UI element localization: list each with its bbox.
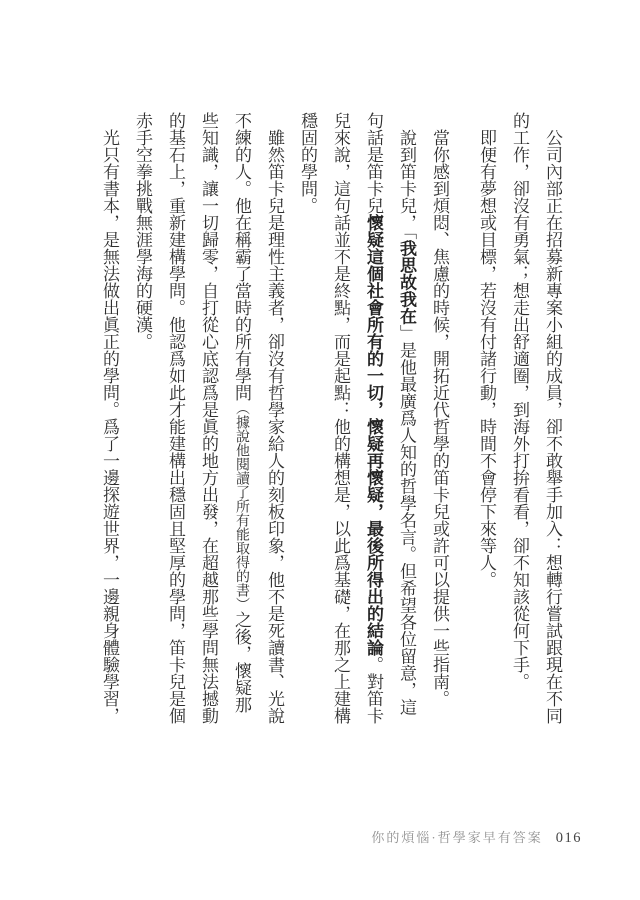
paragraph: 雖然笛卡兒是理性主義者，卻沒有哲學家給人的刻板印象，他不是死讀書、光說不練的人。…	[126, 112, 291, 724]
footer-running-title: 你的煩惱·哲學家早有答案	[371, 827, 542, 846]
body-text: 光只有書本，是無法做出眞正的學問。爲了一邊探遊世界，一邊親身體驗學習，	[100, 129, 119, 724]
page-footer: 你的煩惱·哲學家早有答案 016	[371, 827, 582, 847]
body-text: 當你感到煩悶、焦慮的時候，開拓近代哲學的笛卡兒或許可以提供一些指南。	[430, 129, 449, 707]
page-text: 公司內部正在招募新專案小組的成員，卻不敢舉手加入：想轉行嘗試跟現在不同的工作，卻…	[93, 112, 569, 724]
paragraph: 當你感到煩悶、焦慮的時候，開拓近代哲學的笛卡兒或許可以提供一些指南。	[423, 112, 456, 724]
body-text: 即便有夢想或目標，若沒有付諸行動，時間不會停下來等人。	[477, 129, 496, 588]
footer-page-number: 016	[556, 830, 582, 847]
body-text: 說到笛卡兒，「	[397, 129, 416, 240]
book-page: 公司內部正在招募新專案小組的成員，卻不敢舉手加入：想轉行嘗試跟現在不同的工作，卻…	[0, 0, 640, 900]
paragraph: 即便有夢想或目標，若沒有付諸行動，時間不會停下來等人。	[470, 112, 503, 724]
paragraph: 公司內部正在招募新專案小組的成員，卻不敢舉手加入：想轉行嘗試跟現在不同的工作，卻…	[503, 112, 569, 724]
body-text: 公司內部正在招募新專案小組的成員，卻不敢舉手加入：想轉行嘗試跟現在不同的工作，卻…	[510, 112, 562, 724]
parenthetical-note: （據說他閱讀了所有能取得的書）	[234, 401, 249, 611]
paragraph: 光只有書本，是無法做出眞正的學問。爲了一邊探遊世界，一邊親身體驗學習，	[93, 112, 126, 724]
emphasis-text: 我思故我在	[397, 240, 416, 325]
paragraph: 說到笛卡兒，「我思故我在」是他最廣爲人知的哲學名言。但希望各位留意，這句話是笛卡…	[291, 112, 423, 724]
emphasis-text: 懷疑這個社會所有的一切，懷疑再懷疑，最後所得出的結論	[364, 214, 383, 656]
